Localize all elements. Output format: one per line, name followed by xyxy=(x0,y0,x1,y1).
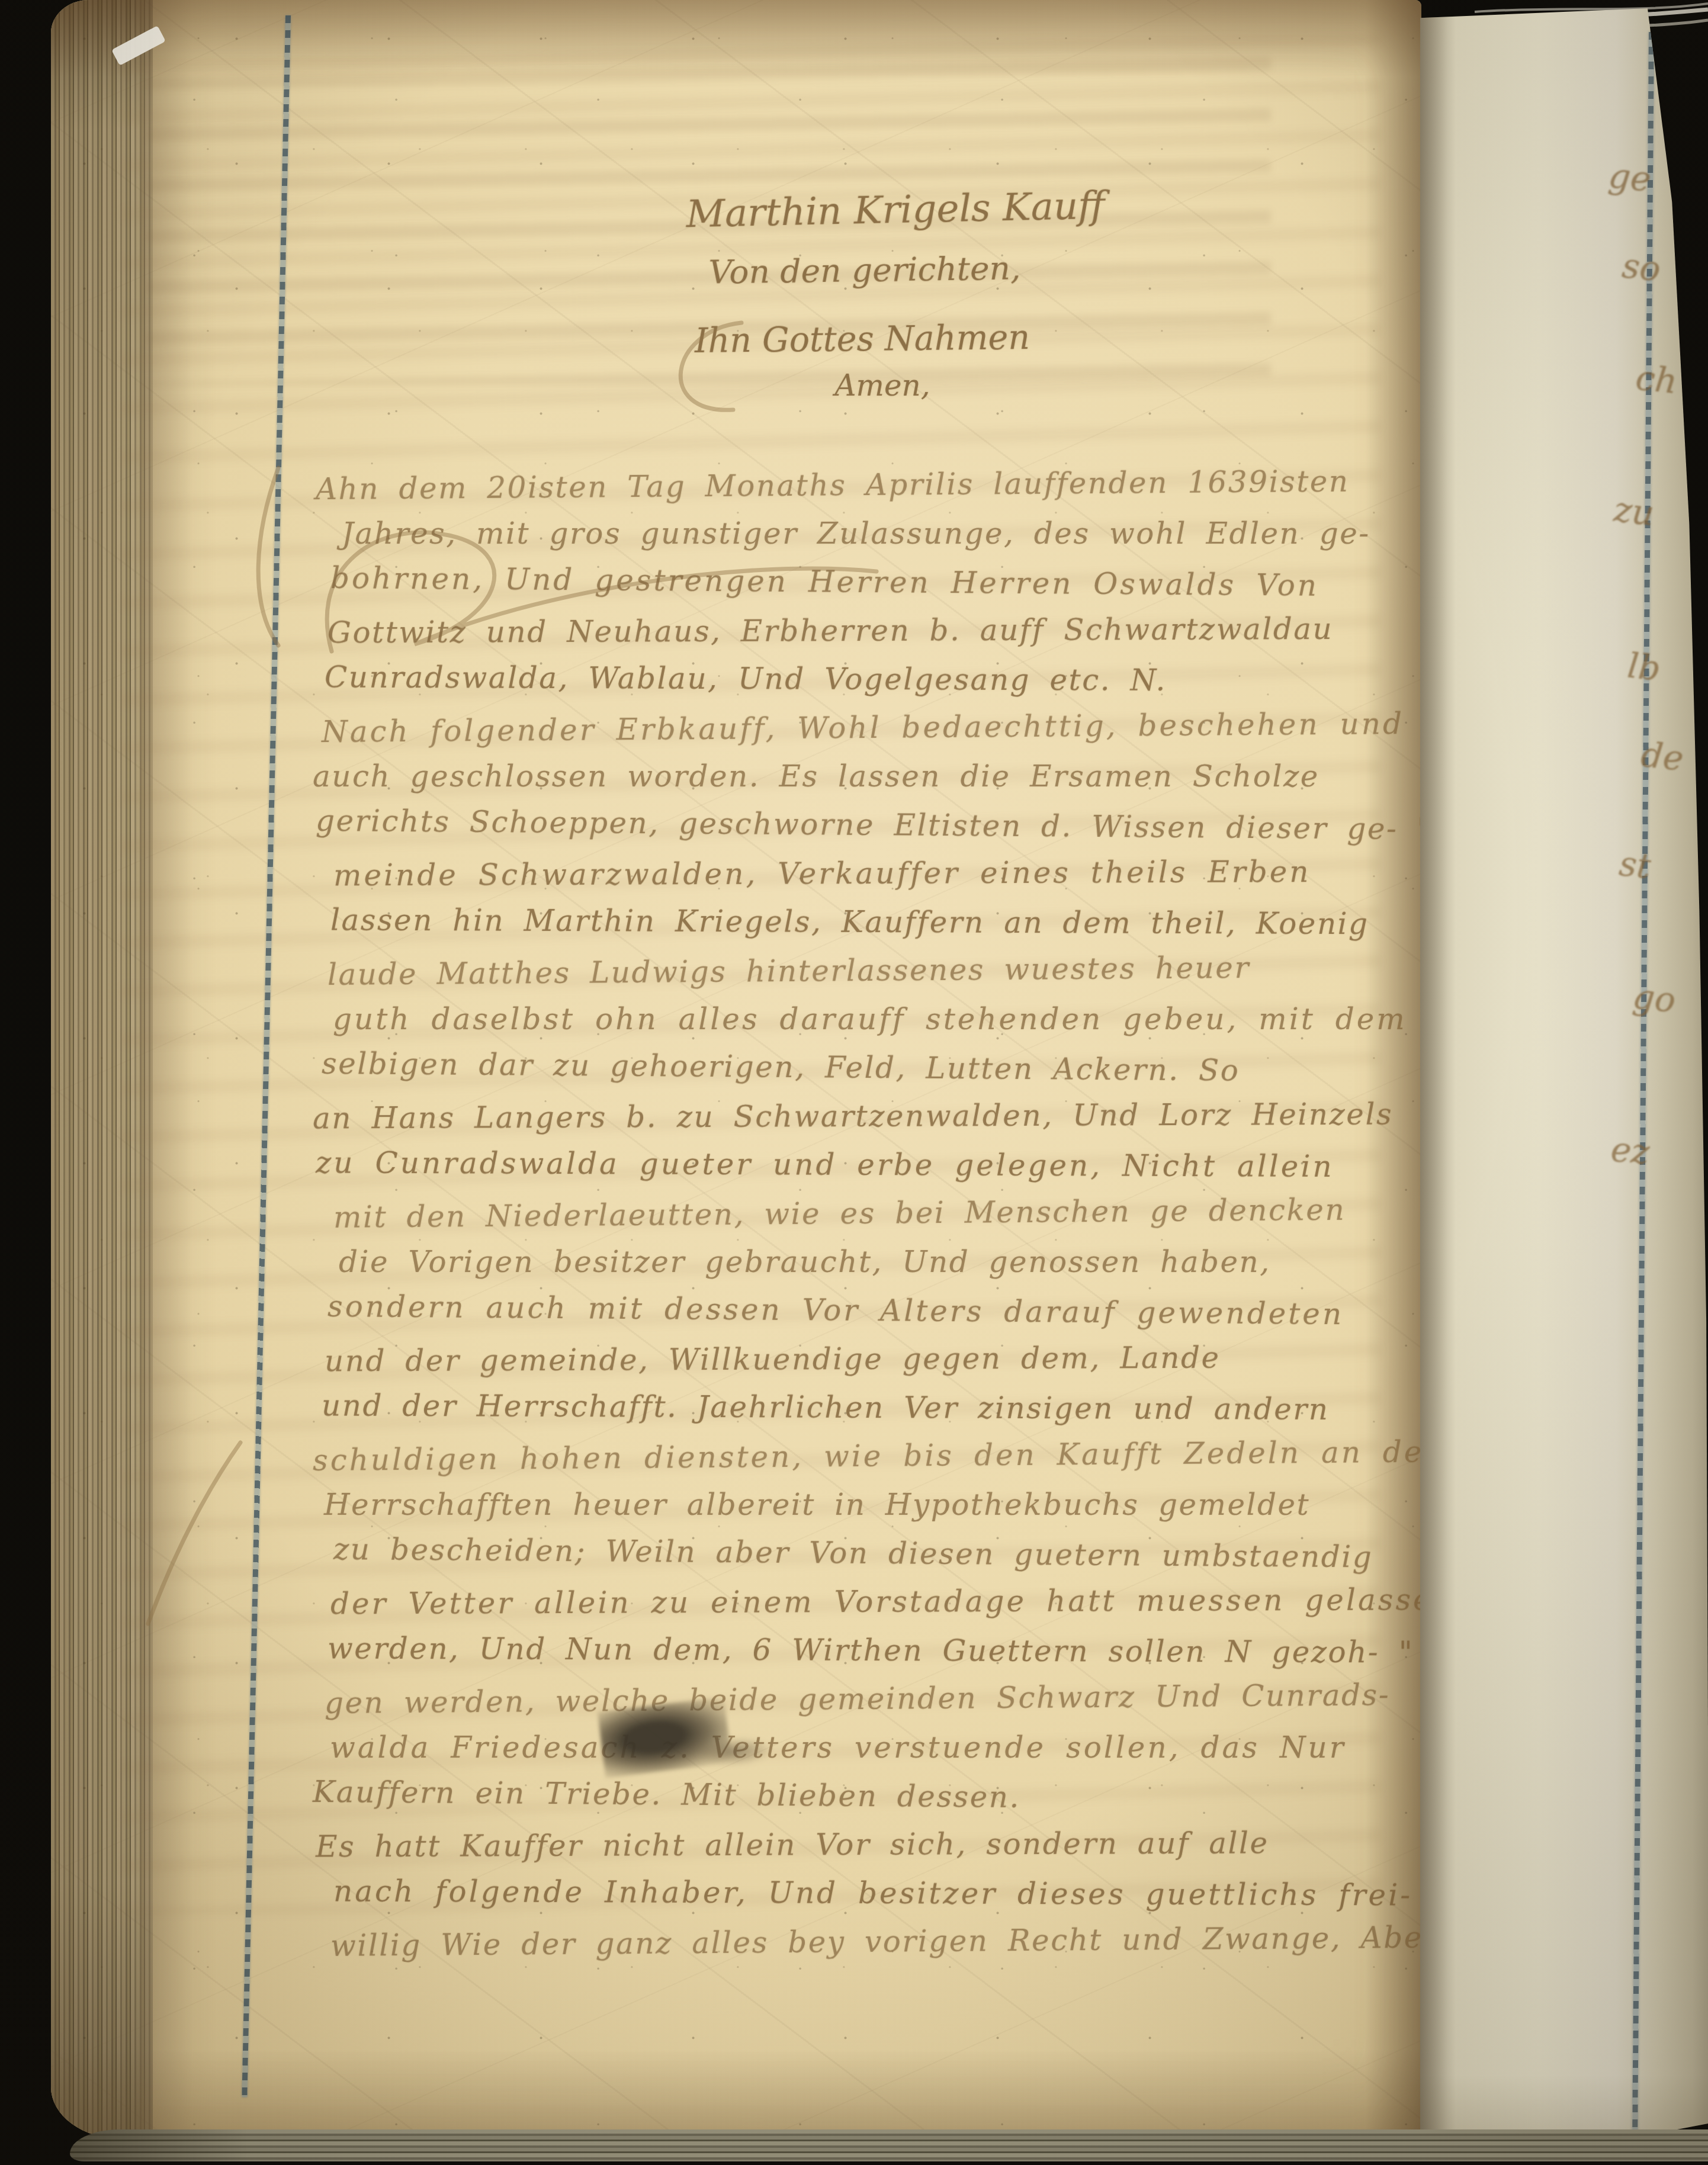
book-bottom-edge xyxy=(70,2129,1708,2161)
heading-invocation: Ihn Gottes Nahmen xyxy=(649,317,1076,361)
manuscript-line: Nach folgender Erbkauff, Wohl bedaechtti… xyxy=(322,699,1406,756)
manuscript-line: Kauffern ein Triebe. Mit blieben dessen. xyxy=(313,1768,1403,1824)
next-page-text-fragments: gesochzulbdestgoez xyxy=(1609,133,1703,1174)
manuscript-line: zu bescheiden; Weiln aber Von diesen gue… xyxy=(333,1525,1418,1582)
manuscript-line: schuldigen hohen diensten, wie bis den K… xyxy=(313,1428,1403,1485)
manuscript-line: gerichts Schoeppen, geschworne Eltisten … xyxy=(316,796,1400,853)
manuscript-line: laude Matthes Ludwigs hinterlassenes wue… xyxy=(328,942,1412,999)
next-page-text-fragment: so xyxy=(1620,245,1705,294)
manuscript-line: die Vorigen besitzer gebraucht, Und geno… xyxy=(339,1238,1414,1286)
manuscript-line: nach folgende Inhaber, Und besitzer dies… xyxy=(333,1867,1417,1920)
manuscript-line: Ahn dem 20isten Tag Monaths Aprilis lauf… xyxy=(316,457,1400,513)
book-scan: Marthin Krigels Kauff Von den gerichten,… xyxy=(0,0,1708,2165)
heading-amen: Amen, xyxy=(794,368,971,403)
manuscript-line: walda Friedesach z. Vetters verstuende s… xyxy=(330,1723,1405,1772)
next-page-text-fragment: zu xyxy=(1612,489,1705,538)
manuscript-line: meinde Schwarzwalden, Verkauffer eines t… xyxy=(333,847,1417,900)
manuscript-line: werden, Und Nun dem, 6 Wirthen Guettern … xyxy=(328,1624,1411,1677)
manuscript-line: bohrnen, Und gestrengen Herren Herren Os… xyxy=(330,554,1415,611)
manuscript-line: Herrschafften heuer albereit in Hypothek… xyxy=(324,1480,1399,1529)
next-page-text-fragment: st xyxy=(1617,843,1705,892)
manuscript-line: auch geschlossen worden. Es lassen die E… xyxy=(313,752,1402,801)
next-page-text-fragment: go xyxy=(1631,976,1705,1023)
manuscript-line: mit den Niederlaeutten, wie es bei Mensc… xyxy=(333,1185,1418,1242)
manuscript-line: und der gemeinde, Willkuendige gegen dem… xyxy=(325,1332,1408,1385)
manuscript-line: Es hatt Kauffer nicht allein Vor sich, s… xyxy=(316,1819,1399,1871)
page-stack-edge xyxy=(51,0,153,2139)
manuscript-line: der Vetter allein zu einem Vorstadage ha… xyxy=(330,1575,1414,1628)
manuscript-body: Ahn dem 20isten Tag Monaths Aprilis lauf… xyxy=(325,461,1408,1966)
page-stack-fade xyxy=(140,0,193,2139)
ink-blot-smear xyxy=(698,1736,771,1768)
manuscript-line: selbigen dar zu gehoerigen, Feld, Lutten… xyxy=(322,1039,1406,1096)
manuscript-line: zu Cunradswalda gueter und erbe gelegen,… xyxy=(316,1138,1399,1191)
next-page-edge: gesochzulbdestgoez xyxy=(1420,8,1708,2158)
manuscript-line: Cunradswalda, Wablau, Und Vogelgesang et… xyxy=(325,653,1408,705)
manuscript-line: Jahres, mit gros gunstiger Zulassunge, d… xyxy=(342,509,1417,558)
next-page-text-fragment: lb xyxy=(1626,645,1705,693)
next-page-text-fragment: ez xyxy=(1609,1129,1705,1178)
manuscript-line: willig Wie der ganz alles bey vorigen Re… xyxy=(330,1913,1415,1970)
heading-subtitle: Von den gerichten, xyxy=(663,248,1067,291)
manuscript-line: an Hans Langers b. zu Schwartzenwalden, … xyxy=(313,1090,1402,1143)
manuscript-line: gen werden, welche beide gemeinden Schwa… xyxy=(325,1671,1409,1727)
manuscript-line: lassen hin Marthin Kriegels, Kauffern an… xyxy=(330,896,1414,949)
next-page-text-fragment: ge xyxy=(1607,155,1705,205)
next-page-text-fragment: ch xyxy=(1634,357,1705,404)
manuscript-line: und der Herrschafft. Jaehrlichen Ver zin… xyxy=(322,1381,1405,1434)
next-page-text-fragment: de xyxy=(1639,734,1706,781)
manuscript-line: sondern auch mit dessen Vor Alters darau… xyxy=(328,1282,1412,1339)
manuscript-line: Gottwitz und Neuhaus, Erbherren b. auff … xyxy=(328,604,1411,657)
manuscript-line: guth daselbst ohn alles darauff stehende… xyxy=(333,995,1408,1043)
